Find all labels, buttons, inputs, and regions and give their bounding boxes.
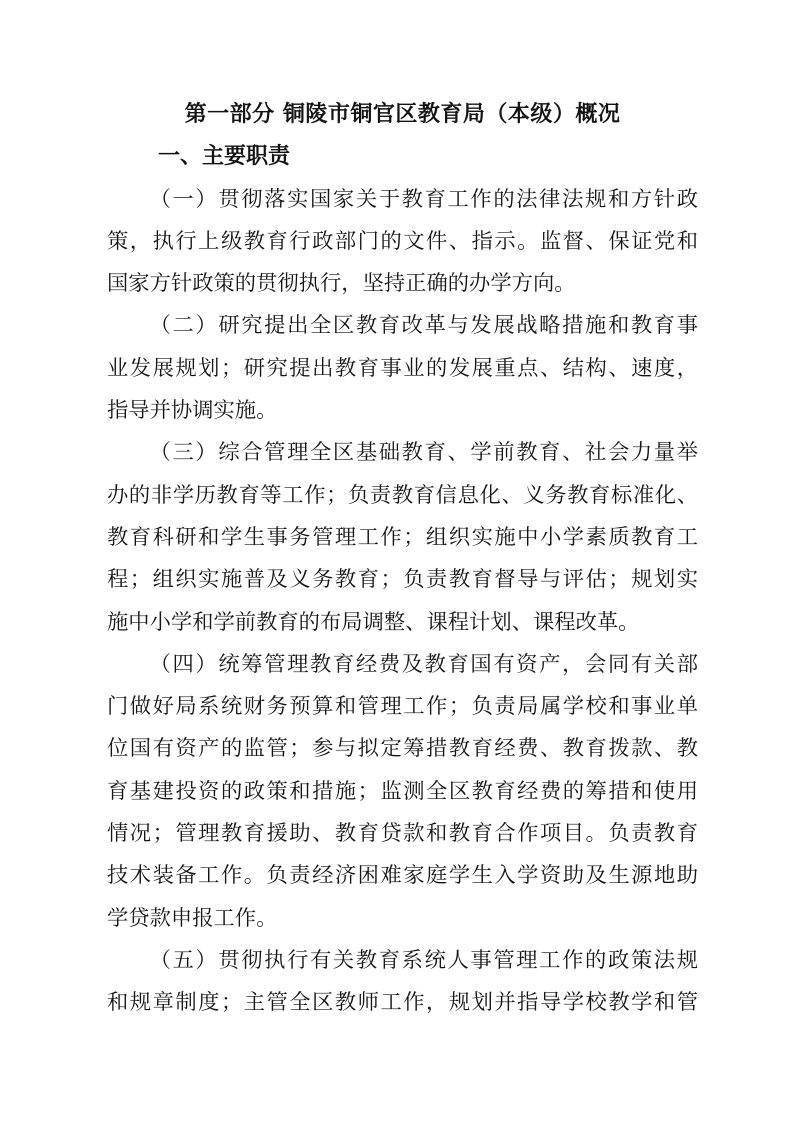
paragraph-line: 程；组织实施普及义务教育；负责教育督导与评估；规划实 (107, 559, 698, 601)
document-title: 第一部分 铜陵市铜官区教育局（本级）概况 (107, 94, 698, 136)
paragraph: （二）研究提出全区教育改革与发展战略措施和教育事业发展规划；研究提出教育事业的发… (107, 305, 698, 432)
section-heading: 一、主要职责 (107, 136, 698, 178)
paragraph: （五）贯彻执行有关教育系统人事管理工作的政策法规和规章制度；主管全区教师工作，规… (107, 940, 698, 1025)
document-page: 第一部分 铜陵市铜官区教育局（本级）概况 一、主要职责 （一）贯彻落实国家关于教… (0, 0, 793, 1122)
paragraph-line: 育基建投资的政策和措施；监测全区教育经费的筹措和使用 (107, 771, 698, 813)
paragraph-line: （一）贯彻落实国家关于教育工作的法律法规和方针政 (107, 179, 698, 221)
paragraph-line: （五）贯彻执行有关教育系统人事管理工作的政策法规 (107, 940, 698, 982)
paragraph-line: 业发展规划；研究提出教育事业的发展重点、结构、速度， (107, 348, 698, 390)
paragraph-line: 情况；管理教育援助、教育贷款和教育合作项目。负责教育 (107, 813, 698, 855)
paragraph-line: 门做好局系统财务预算和管理工作；负责局属学校和事业单 (107, 686, 698, 728)
paragraph-line: 国家方针政策的贯彻执行，坚持正确的办学方向。 (107, 263, 698, 305)
paragraph: （三）综合管理全区基础教育、学前教育、社会力量举办的非学历教育等工作；负责教育信… (107, 432, 698, 643)
paragraph-line: 学贷款申报工作。 (107, 898, 698, 940)
paragraph-line: 位国有资产的监管；参与拟定筹措教育经费、教育拨款、教 (107, 728, 698, 770)
paragraph: （四）统筹管理教育经费及教育国有资产，会同有关部门做好局系统财务预算和管理工作；… (107, 644, 698, 940)
paragraph-line: （二）研究提出全区教育改革与发展战略措施和教育事 (107, 305, 698, 347)
paragraph-line: 指导并协调实施。 (107, 390, 698, 432)
document-body: （一）贯彻落实国家关于教育工作的法律法规和方针政策，执行上级教育行政部门的文件、… (107, 179, 698, 1025)
paragraph-line: 策，执行上级教育行政部门的文件、指示。监督、保证党和 (107, 221, 698, 263)
paragraph-line: 教育科研和学生事务管理工作；组织实施中小学素质教育工 (107, 517, 698, 559)
paragraph-line: （三）综合管理全区基础教育、学前教育、社会力量举 (107, 432, 698, 474)
paragraph-line: 办的非学历教育等工作；负责教育信息化、义务教育标准化、 (107, 475, 698, 517)
paragraph: （一）贯彻落实国家关于教育工作的法律法规和方针政策，执行上级教育行政部门的文件、… (107, 179, 698, 306)
paragraph-line: 和规章制度；主管全区教师工作，规划并指导学校教学和管 (107, 982, 698, 1024)
paragraph-line: 技术装备工作。负责经济困难家庭学生入学资助及生源地助 (107, 855, 698, 897)
paragraph-line: （四）统筹管理教育经费及教育国有资产，会同有关部 (107, 644, 698, 686)
paragraph-line: 施中小学和学前教育的布局调整、课程计划、课程改革。 (107, 602, 698, 644)
